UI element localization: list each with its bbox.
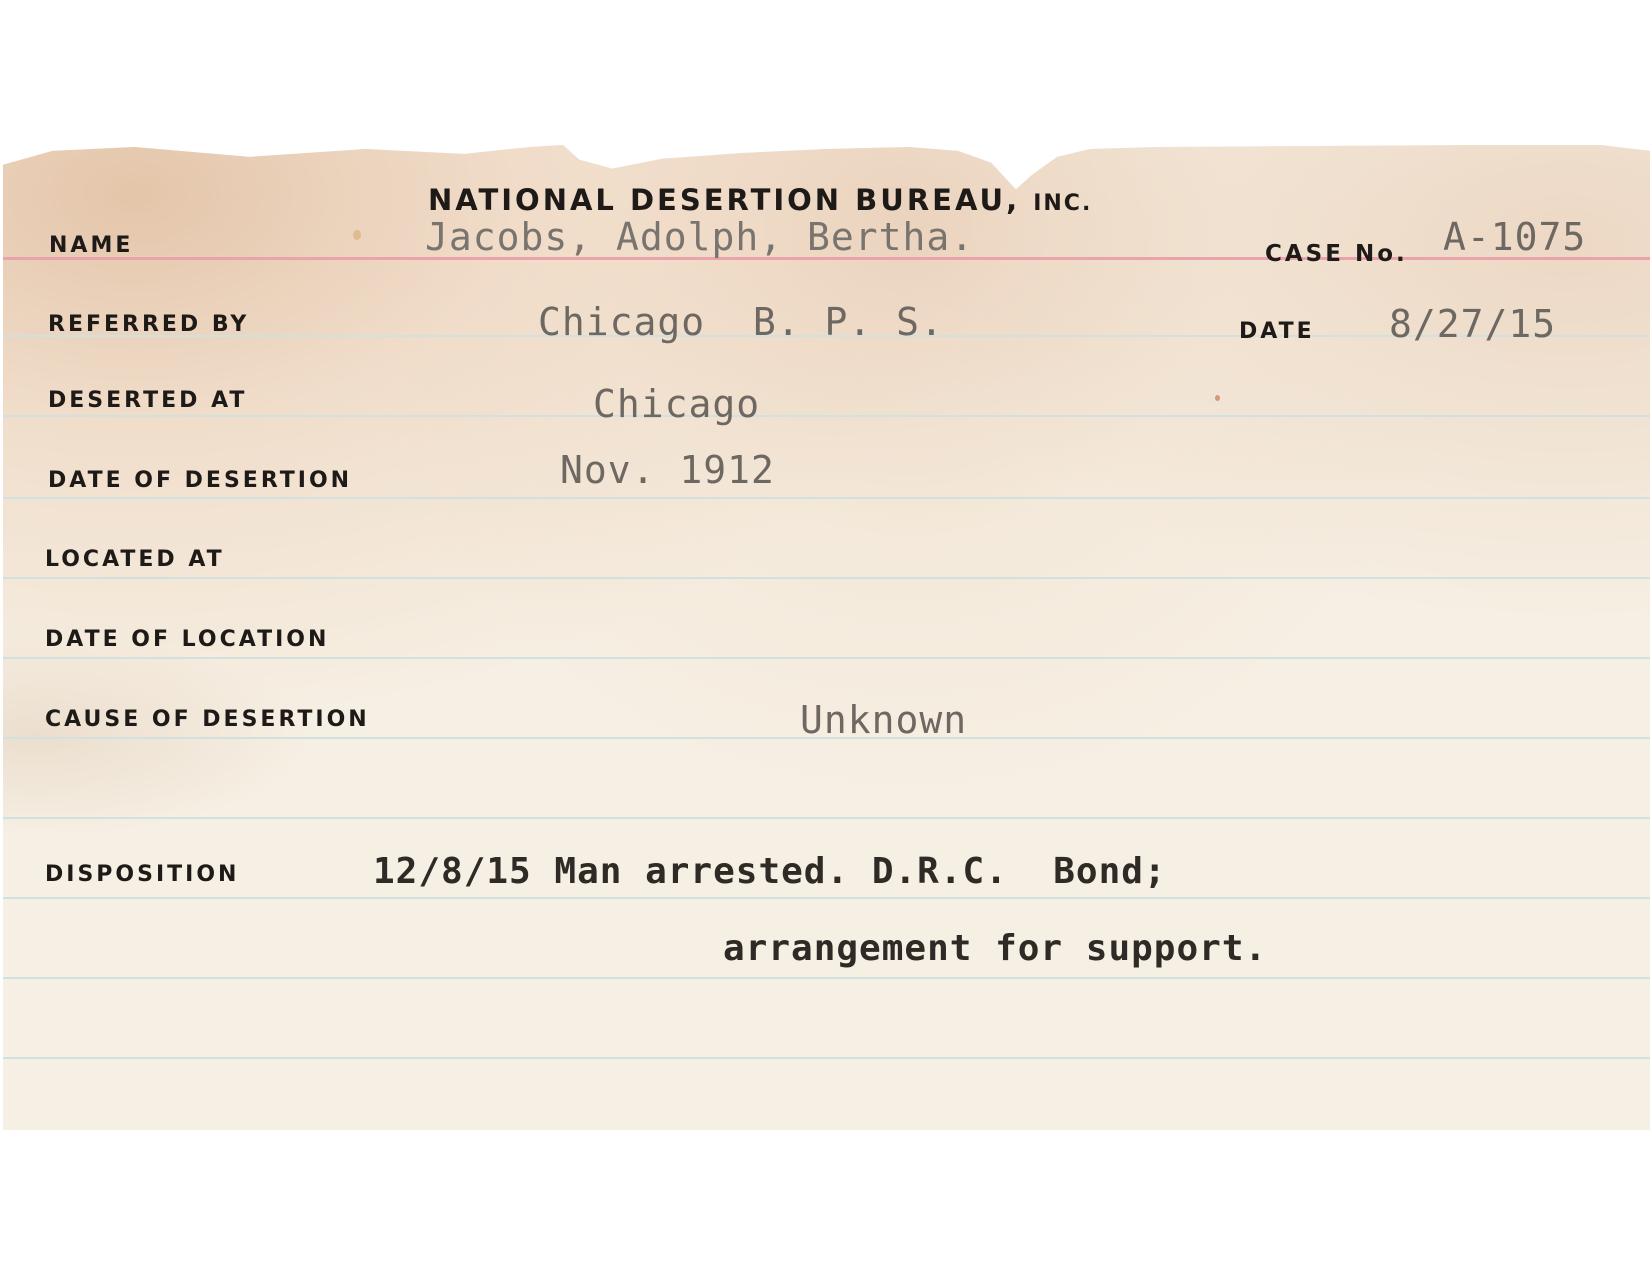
case-number-value: A-1075: [1443, 215, 1586, 259]
ruled-line: [3, 497, 1650, 499]
ruled-line: [3, 657, 1650, 659]
date-of-location-label: DATE OF LOCATION: [45, 627, 329, 652]
disposition-line-1: 12/8/15 Man arrested. D.R.C. Bond;: [373, 851, 1167, 892]
cause-of-desertion-label: CAUSE OF DESERTION: [45, 707, 370, 732]
index-card: NATIONAL DESERTION BUREAU, INC. NAME Jac…: [3, 145, 1650, 1130]
ruled-line: [3, 415, 1650, 417]
stain-mark: [1215, 395, 1220, 401]
name-label: NAME: [49, 233, 133, 258]
organization-name: NATIONAL DESERTION BUREAU,: [428, 183, 1020, 217]
organization-suffix: INC.: [1033, 191, 1092, 216]
ruled-line: [3, 817, 1650, 819]
case-number-label: CASE No.: [1265, 241, 1408, 267]
disposition-label: DISPOSITION: [45, 862, 239, 887]
date-value: 8/27/15: [1389, 302, 1556, 346]
referred-by-label: REFERRED BY: [48, 312, 249, 337]
deserted-at-label: DESERTED AT: [48, 388, 247, 413]
located-at-label: LOCATED AT: [45, 547, 225, 572]
ruled-line: [3, 577, 1650, 579]
disposition-line-2: arrangement for support.: [723, 928, 1267, 969]
deserted-at-value: Chicago: [593, 382, 760, 426]
stain-mark: [353, 230, 361, 240]
ruled-line: [3, 1057, 1650, 1059]
ruled-line: [3, 897, 1650, 899]
cause-of-desertion-value: Unknown: [800, 698, 967, 742]
date-of-desertion-value: Nov. 1912: [560, 448, 775, 492]
date-label: DATE: [1239, 319, 1315, 344]
referred-by-value: Chicago B. P. S.: [538, 300, 944, 344]
card-title: NATIONAL DESERTION BUREAU, INC.: [428, 183, 1092, 217]
name-value: Jacobs, Adolph, Bertha.: [425, 215, 974, 259]
ruled-line: [3, 977, 1650, 979]
date-of-desertion-label: DATE OF DESERTION: [48, 468, 352, 493]
